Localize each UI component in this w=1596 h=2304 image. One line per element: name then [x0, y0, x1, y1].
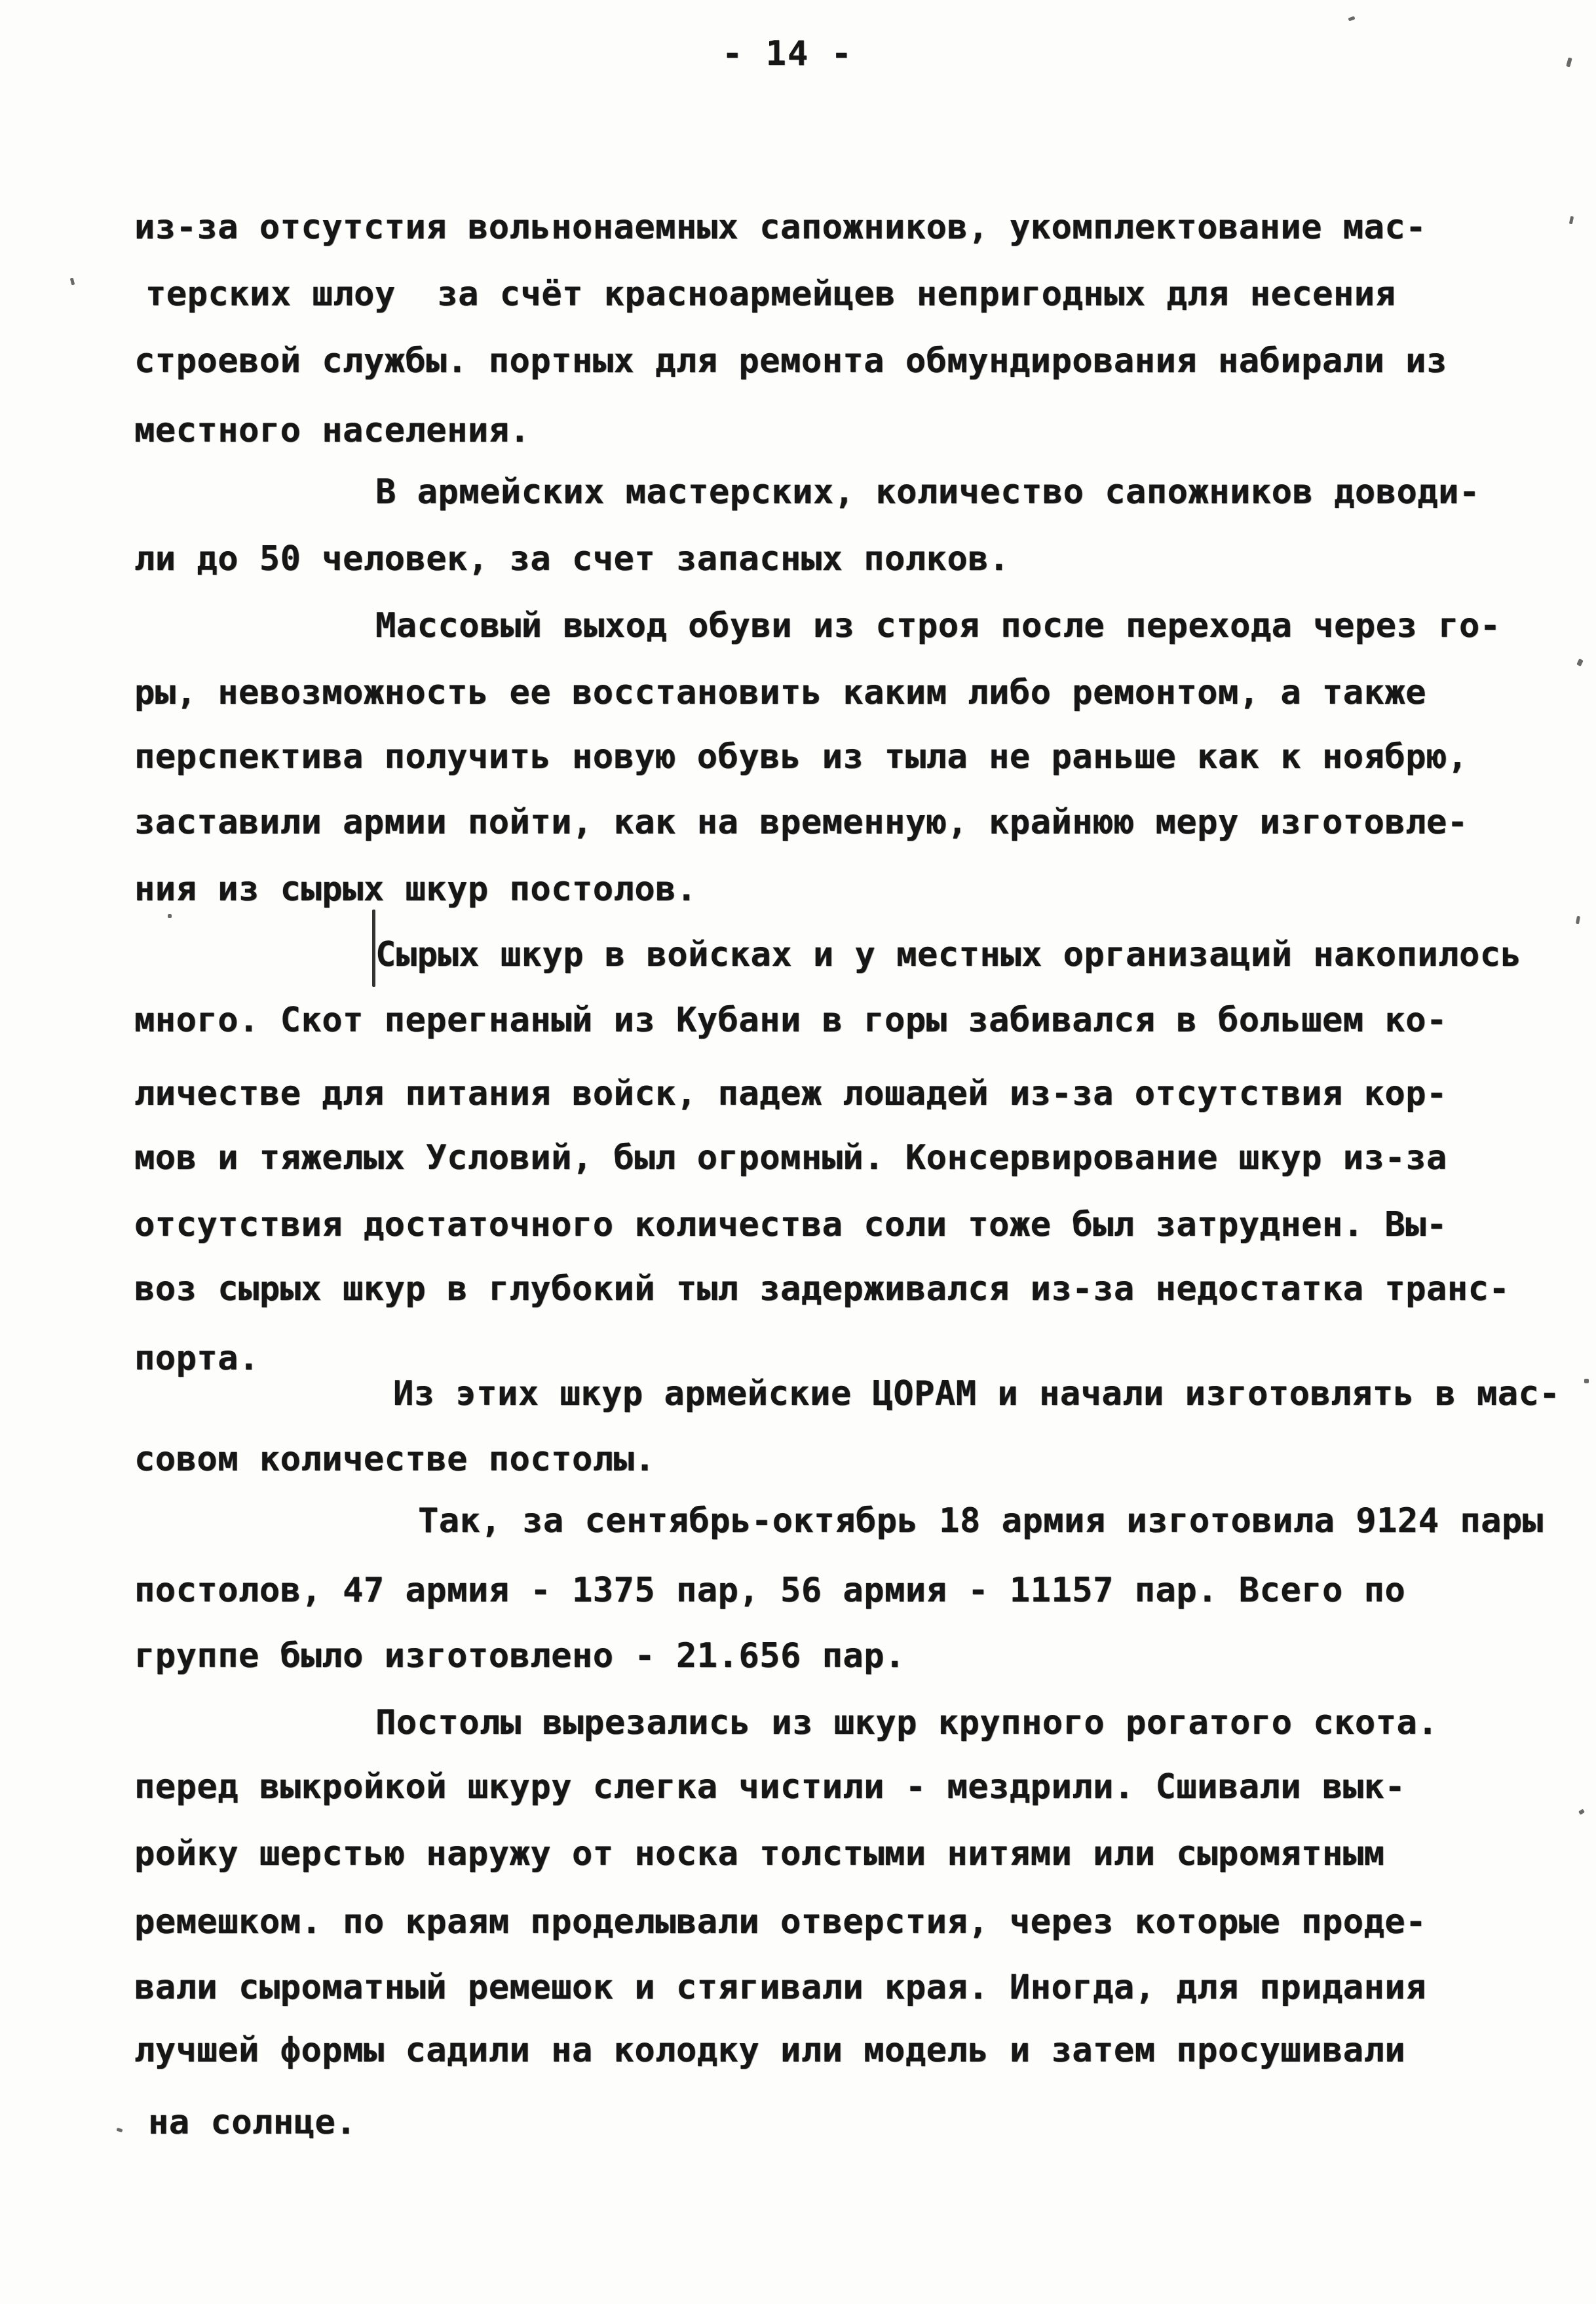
text-line: Массовый выход обуви из строя после пере…: [375, 607, 1501, 645]
text-line: ли до 50 человек, за счет запасных полко…: [134, 540, 1010, 578]
text-line: ры, невозможность ее восстановить каким …: [134, 674, 1426, 712]
text-line: на солнце.: [148, 2103, 356, 2141]
text-line: Сырых шкур в войсках и у местных организ…: [375, 936, 1521, 974]
ink-smudge: [372, 910, 375, 987]
ink-speck: [1578, 1809, 1585, 1814]
text-line: ния из сырых шкур постолов.: [134, 870, 697, 908]
text-line: местного населения.: [134, 412, 530, 450]
text-line: перспектива получить новую обувь из тыла…: [134, 738, 1468, 776]
scanned-document-page: - 14 - из-за отсутстия вольнонаемных сап…: [0, 0, 1596, 2304]
text-line: лучшей формы садили на колодку или модел…: [134, 2031, 1405, 2069]
ink-speck: [1576, 916, 1580, 925]
text-line: мов и тяжелых Условий, был огромный. Кон…: [134, 1139, 1447, 1177]
ink-speck: [116, 2128, 123, 2133]
ink-speck: [1566, 57, 1572, 67]
text-line: В армейских мастерских, количество сапож…: [375, 473, 1480, 511]
text-line: из-за отсутстия вольнонаемных сапожников…: [134, 208, 1426, 246]
text-line: отсутствия достаточного количества соли …: [134, 1206, 1447, 1244]
text-line: ремешком. по краям проделывали отверстия…: [134, 1903, 1426, 1941]
text-line: терских шлоу за счёт красноармейцев непр…: [145, 275, 1396, 313]
text-line: порта.: [134, 1339, 259, 1377]
text-line: воз сырых шкур в глубокий тыл задерживал…: [134, 1270, 1510, 1308]
text-line: вали сыроматный ремешок и стягивали края…: [134, 1968, 1426, 2006]
text-line: перед выкройкой шкуру слегка чистили - м…: [134, 1768, 1405, 1806]
text-line: совом количестве постолы.: [134, 1440, 655, 1478]
text-line: Так, за сентябрь-октябрь 18 армия изгото…: [418, 1502, 1544, 1540]
text-line: Из этих шкур армейские ЦОРАМ и начали из…: [393, 1375, 1560, 1413]
ink-speck: [168, 914, 172, 918]
text-line: много. Скот перегнаный из Кубани в горы …: [134, 1001, 1447, 1039]
text-line: заставили армии пойти, как на временную,…: [134, 803, 1468, 841]
ink-speck: [1348, 16, 1355, 21]
ink-speck: [1569, 216, 1574, 225]
text-line: постолов, 47 армия - 1375 пар, 56 армия …: [134, 1571, 1405, 1609]
text-line: группе было изготовлено - 21.656 пар.: [134, 1637, 905, 1675]
text-line: ройку шерстью наружу от носка толстыми н…: [134, 1835, 1384, 1873]
ink-speck: [1584, 1379, 1589, 1383]
page-number: - 14 -: [722, 34, 853, 73]
text-line: личестве для питания войск, падеж лошаде…: [134, 1075, 1447, 1113]
ink-speck: [1576, 659, 1584, 666]
text-line: Постолы вырезались из шкур крупного рога…: [375, 1704, 1438, 1742]
ink-speck: [70, 278, 75, 286]
text-line: строевой службы. портных для ремонта обм…: [134, 342, 1447, 380]
